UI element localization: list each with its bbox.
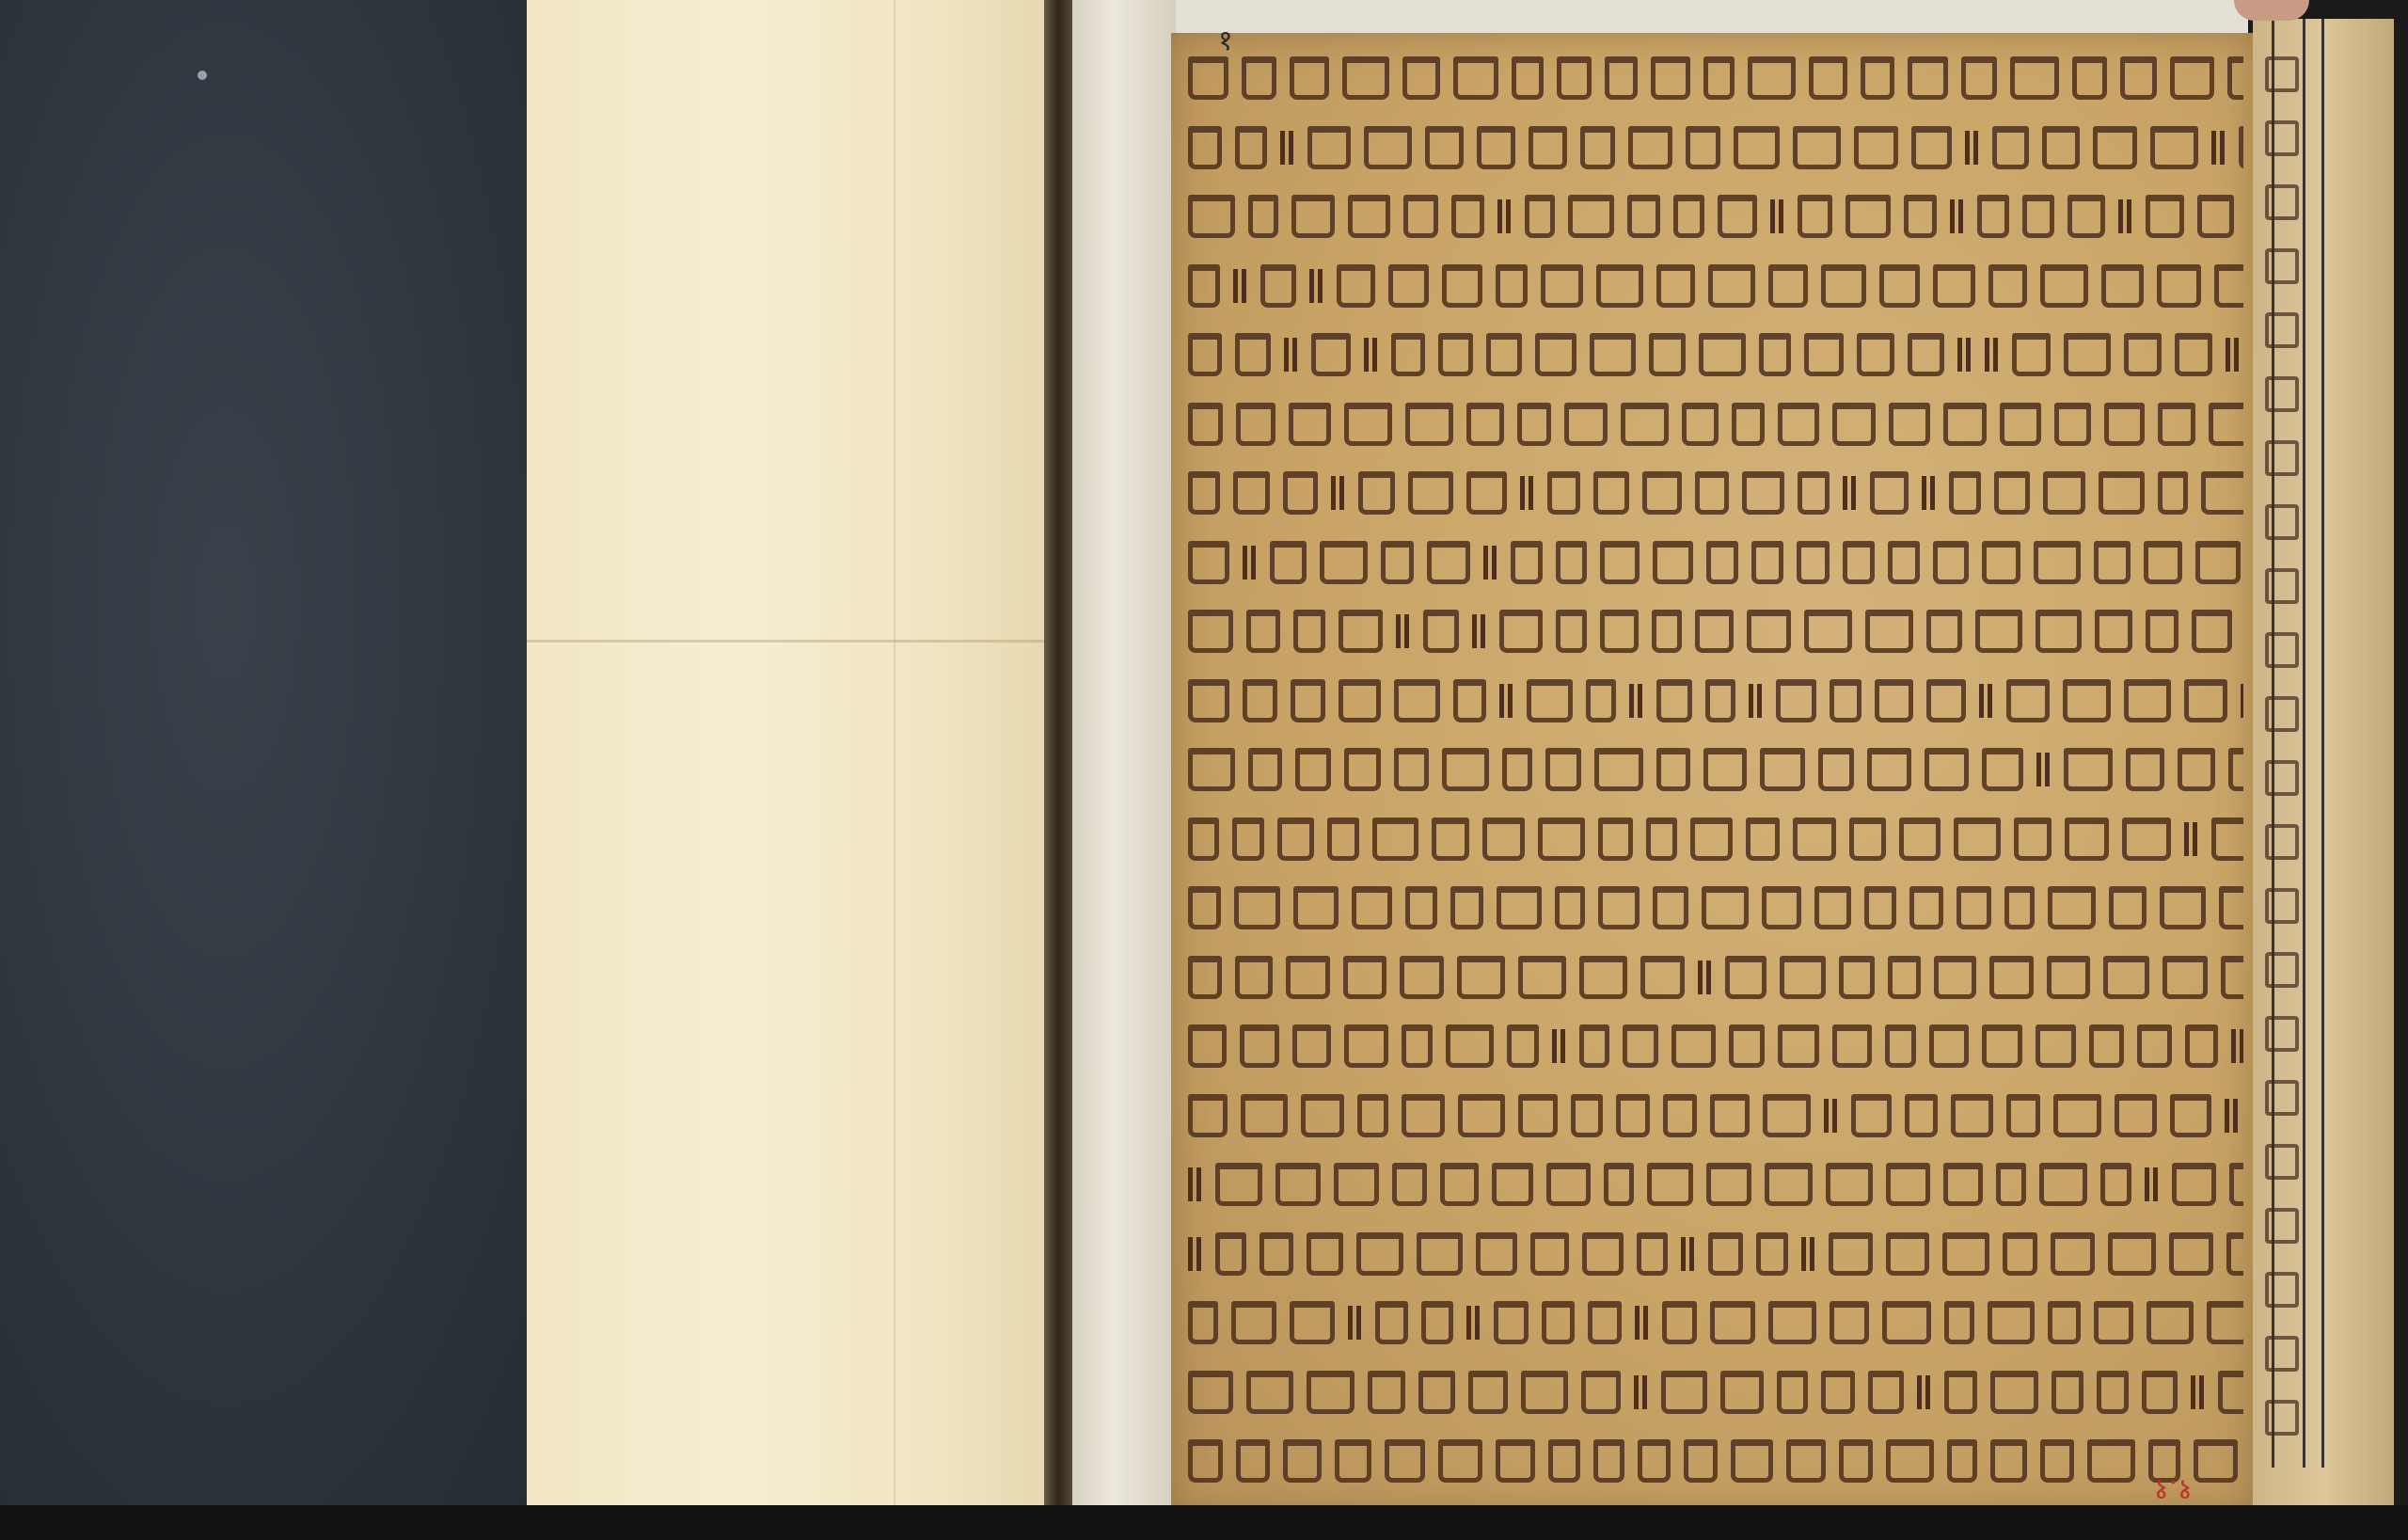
script-glyph (2195, 541, 2241, 584)
danda-mark (1917, 1375, 1922, 1409)
script-glyph (1408, 471, 1453, 515)
script-line (1188, 1232, 2243, 1276)
script-glyph (1494, 1301, 1529, 1344)
script-glyph (1642, 471, 1682, 515)
script-glyph (2120, 56, 2157, 100)
script-glyph (2194, 1439, 2238, 1483)
script-glyph (1934, 956, 1976, 999)
script-glyph (1702, 886, 1749, 929)
script-glyph (1466, 471, 1507, 515)
script-glyph (2160, 886, 2206, 929)
script-glyph (1829, 1232, 1873, 1276)
script-glyph (2146, 610, 2178, 653)
manuscript-folio: १ (1171, 33, 2253, 1515)
script-glyph (1649, 333, 1686, 376)
script-glyph (2169, 1232, 2213, 1276)
script-glyph (2228, 748, 2243, 791)
script-line (1188, 403, 2243, 446)
script-glyph (1525, 195, 1555, 238)
script-glyph (1756, 1232, 1788, 1276)
danda-mark (1188, 1237, 1193, 1271)
script-glyph (1951, 1094, 1993, 1137)
script-glyph (1311, 333, 1351, 376)
script-glyph (1656, 264, 1695, 308)
script-glyph (2218, 1371, 2243, 1414)
cloth-cover (0, 0, 564, 1505)
script-glyph (1725, 956, 1766, 999)
script-glyph (1356, 1232, 1403, 1276)
script-glyph (1188, 56, 1228, 100)
script-glyph (1344, 403, 1392, 446)
script-glyph (1695, 471, 1729, 515)
script-glyph (1507, 1024, 1539, 1068)
margin-glyph (2265, 312, 2299, 348)
book-gutter (1044, 0, 1072, 1540)
script-glyph (2100, 1163, 2131, 1206)
script-glyph (2109, 886, 2147, 929)
script-glyph (1423, 610, 1459, 653)
script-glyph (2048, 1301, 2081, 1344)
danda-mark (2226, 338, 2230, 372)
script-glyph (2040, 1439, 2074, 1483)
script-glyph (1944, 1371, 1977, 1414)
script-glyph (1232, 818, 1264, 861)
script-glyph (1307, 126, 1351, 169)
danda-mark (1824, 1099, 1829, 1133)
script-glyph (1780, 956, 1826, 999)
script-glyph (1746, 818, 1780, 861)
script-glyph (1453, 679, 1486, 722)
script-glyph (1621, 403, 1669, 446)
script-glyph (1215, 1232, 1246, 1276)
margin-glyph (2265, 120, 2299, 156)
script-glyph (1234, 886, 1280, 929)
script-glyph (1432, 818, 1469, 861)
script-glyph (2137, 1024, 2172, 1068)
danda-mark (1243, 546, 1247, 579)
script-glyph (1233, 471, 1270, 515)
script-glyph (1703, 748, 1747, 791)
margin-glyph (2265, 376, 2299, 412)
margin-glyph (2265, 1208, 2299, 1244)
script-glyph (1235, 956, 1273, 999)
script-glyph (1499, 610, 1543, 653)
margin-glyph (2265, 248, 2299, 284)
script-glyph (2175, 333, 2212, 376)
script-glyph (1466, 403, 1504, 446)
script-glyph (1821, 1371, 1855, 1414)
script-glyph (1502, 748, 1532, 791)
script-glyph (1926, 610, 1962, 653)
script-glyph (1763, 1094, 1811, 1137)
script-glyph (2094, 541, 2131, 584)
script-glyph (1888, 956, 1921, 999)
script-glyph (1961, 56, 1997, 100)
danda-mark (1843, 476, 1847, 510)
script-glyph (1686, 126, 1720, 169)
danda-mark (2211, 131, 2216, 165)
danda-mark (1348, 1306, 1353, 1340)
script-glyph (1593, 1439, 1624, 1483)
script-glyph (1982, 541, 2020, 584)
script-line (1188, 1094, 2243, 1137)
script-glyph (1259, 1232, 1293, 1276)
script-glyph (1990, 1371, 2038, 1414)
danda-mark (1396, 614, 1401, 648)
margin-rule (2272, 19, 2274, 1468)
danda-mark (1309, 269, 1314, 303)
script-glyph (2126, 748, 2164, 791)
script-glyph (1870, 471, 1909, 515)
script-glyph (1990, 1439, 2027, 1483)
script-glyph (1703, 56, 1735, 100)
script-glyph (1797, 541, 1830, 584)
script-glyph (1468, 1371, 1508, 1414)
script-glyph (1759, 333, 1791, 376)
script-glyph (1545, 748, 1581, 791)
script-glyph (1541, 264, 1583, 308)
margin-glyph (2265, 888, 2299, 924)
script-glyph (1768, 264, 1808, 308)
script-glyph (1768, 1301, 1816, 1344)
script-glyph (1277, 818, 1314, 861)
danda-mark (2184, 822, 2189, 856)
script-glyph (2108, 1232, 2156, 1276)
script-glyph (2158, 403, 2195, 446)
script-glyph (1357, 1094, 1388, 1137)
script-glyph (2170, 56, 2214, 100)
danda-mark (1284, 338, 1289, 372)
script-glyph (2034, 541, 2081, 584)
margin-glyph (2265, 440, 2299, 476)
script-glyph (1517, 403, 1551, 446)
spine-binding-strip (1072, 0, 1176, 1524)
script-glyph (1275, 1163, 1321, 1206)
script-glyph (1627, 195, 1660, 238)
script-glyph (1457, 956, 1505, 999)
danda-mark (1188, 1167, 1193, 1201)
script-glyph (1600, 541, 1640, 584)
script-glyph (1977, 195, 2009, 238)
script-glyph (1368, 1371, 1405, 1414)
script-glyph (1438, 333, 1473, 376)
script-glyph (2043, 471, 2085, 515)
script-glyph (1579, 956, 1627, 999)
script-glyph (1885, 1024, 1916, 1068)
script-glyph (1188, 956, 1222, 999)
script-glyph (1248, 195, 1278, 238)
script-glyph (1731, 1439, 1773, 1483)
script-line (1188, 1301, 2243, 1344)
script-glyph (1188, 471, 1220, 515)
script-glyph (2072, 56, 2107, 100)
script-glyph (1450, 886, 1483, 929)
script-glyph (1427, 541, 1470, 584)
script-glyph (1364, 126, 1412, 169)
script-glyph (1708, 1232, 1743, 1276)
margin-glyph (2265, 1272, 2299, 1308)
script-glyph (1339, 679, 1381, 722)
script-glyph (1548, 1439, 1580, 1483)
script-glyph (1405, 403, 1453, 446)
script-glyph (1947, 1439, 1977, 1483)
script-glyph (1943, 403, 1987, 446)
script-glyph (1568, 195, 1614, 238)
danda-mark (1698, 961, 1703, 994)
script-glyph (1818, 748, 1854, 791)
danda-mark (1965, 131, 1970, 165)
script-glyph (1307, 1371, 1354, 1414)
script-glyph (2103, 956, 2149, 999)
script-glyph (1527, 679, 1573, 722)
script-glyph (1243, 679, 1277, 722)
script-glyph (1849, 818, 1886, 861)
script-glyph (1529, 126, 1567, 169)
script-glyph (1530, 1232, 1569, 1276)
script-glyph (1188, 748, 1235, 791)
script-glyph (1623, 1024, 1658, 1068)
script-glyph (1949, 471, 1981, 515)
script-glyph (1301, 1094, 1344, 1137)
script-glyph (1868, 1371, 1904, 1414)
script-glyph (1339, 610, 1383, 653)
script-glyph (1442, 748, 1489, 791)
script-glyph (1933, 264, 1975, 308)
script-glyph (1188, 403, 1223, 446)
script-glyph (2170, 1094, 2211, 1137)
script-glyph (1776, 679, 1816, 722)
script-glyph (1661, 1371, 1707, 1414)
script-glyph (1846, 195, 1891, 238)
script-glyph (2004, 886, 2035, 929)
script-glyph (1854, 126, 1898, 169)
margin-glyph (2265, 1400, 2299, 1436)
script-glyph (1886, 1232, 1929, 1276)
script-glyph (2053, 1094, 2101, 1137)
script-glyph (1586, 679, 1616, 722)
script-glyph (1695, 610, 1734, 653)
script-glyph (1581, 1371, 1621, 1414)
holding-thumb (2234, 0, 2309, 21)
cover-speck (198, 71, 207, 80)
script-glyph (1291, 195, 1335, 238)
script-glyph (1751, 541, 1783, 584)
danda-mark (1635, 1306, 1640, 1340)
script-glyph (1188, 1371, 1233, 1414)
script-glyph (1888, 541, 1920, 584)
script-glyph (1556, 541, 1587, 584)
script-glyph (1241, 1094, 1288, 1137)
script-glyph (1943, 1163, 1983, 1206)
script-glyph (1518, 956, 1566, 999)
script-glyph (1616, 1094, 1650, 1137)
script-glyph (2014, 818, 2052, 861)
margin-glyph (2265, 632, 2299, 668)
script-glyph (1482, 818, 1525, 861)
script-glyph (1908, 56, 1948, 100)
script-glyph (1571, 1094, 1603, 1137)
script-glyph (1453, 56, 1498, 100)
script-glyph (2054, 403, 2091, 446)
script-glyph (1656, 748, 1690, 791)
script-glyph (1889, 403, 1930, 446)
margin-glyph (2265, 568, 2299, 604)
script-glyph (1926, 679, 1966, 722)
script-glyph (1647, 1163, 1693, 1206)
script-glyph (2006, 679, 2050, 722)
script-glyph (1851, 1094, 1892, 1137)
script-glyph (1188, 886, 1221, 929)
danda-mark (1466, 1306, 1471, 1340)
danda-mark (1364, 338, 1369, 372)
script-glyph (1307, 1232, 1343, 1276)
script-glyph (1295, 748, 1331, 791)
script-glyph (1747, 610, 1791, 653)
script-glyph (1814, 886, 1851, 929)
script-glyph (1335, 1439, 1371, 1483)
script-glyph (2022, 195, 2054, 238)
script-glyph (1944, 1301, 1974, 1344)
script-glyph (1911, 126, 1952, 169)
script-line (1188, 471, 2243, 515)
script-line (1188, 1163, 2243, 1206)
script-glyph (1760, 748, 1805, 791)
script-glyph (1798, 471, 1830, 515)
script-glyph (1580, 126, 1615, 169)
danda-mark (1749, 684, 1753, 718)
script-glyph (1236, 1439, 1270, 1483)
script-glyph (1821, 264, 1866, 308)
script-glyph (1804, 333, 1844, 376)
script-glyph (1705, 679, 1735, 722)
script-glyph (1662, 1301, 1697, 1344)
margin-glyph (2265, 1144, 2299, 1180)
script-glyph (1236, 403, 1275, 446)
script-glyph (1671, 1024, 1716, 1068)
script-glyph (1988, 264, 2027, 308)
script-glyph (2087, 1439, 2135, 1483)
script-glyph (1188, 1439, 1223, 1483)
script-glyph (2094, 1301, 2133, 1344)
script-glyph (1417, 1232, 1463, 1276)
script-glyph (1982, 748, 2023, 791)
script-glyph (1270, 541, 1307, 584)
script-glyph (1942, 1232, 1989, 1276)
script-glyph (1637, 1232, 1668, 1276)
script-glyph (2162, 956, 2208, 999)
script-glyph (2207, 1301, 2243, 1344)
script-glyph (1720, 1371, 1764, 1414)
danda-mark (1499, 684, 1504, 718)
script-glyph (1598, 886, 1640, 929)
script-glyph (2039, 1163, 2087, 1206)
script-glyph (1734, 126, 1780, 169)
script-glyph (1777, 1371, 1808, 1414)
script-glyph (2142, 1371, 2178, 1414)
script-glyph (1293, 886, 1339, 929)
script-glyph (1538, 818, 1585, 861)
script-glyph (1546, 1163, 1591, 1206)
script-glyph (2093, 126, 2137, 169)
script-glyph (1653, 541, 1693, 584)
script-line (1188, 264, 2243, 308)
script-glyph (1954, 818, 2001, 861)
script-glyph (1476, 1232, 1517, 1276)
script-line (1188, 610, 2243, 653)
script-glyph (1826, 1163, 1873, 1206)
script-glyph (1646, 818, 1677, 861)
script-glyph (1732, 403, 1765, 446)
danda-mark (2241, 684, 2243, 718)
danda-mark (1801, 1237, 1806, 1271)
script-glyph (1542, 1301, 1575, 1344)
script-glyph (1248, 748, 1282, 791)
danda-mark (1770, 199, 1775, 233)
script-glyph (2104, 403, 2145, 446)
script-glyph (1830, 679, 1861, 722)
script-glyph (1663, 1094, 1697, 1137)
script-glyph (1405, 886, 1437, 929)
script-glyph (1861, 56, 1894, 100)
script-glyph (2012, 333, 2051, 376)
script-glyph (1283, 471, 1318, 515)
script-glyph (1291, 679, 1325, 722)
script-glyph (1882, 1301, 1931, 1344)
script-glyph (2239, 126, 2243, 169)
script-glyph (1188, 1094, 1228, 1137)
margin-glyph (2265, 1336, 2299, 1372)
script-glyph (1982, 1024, 2022, 1068)
script-glyph (1438, 1439, 1482, 1483)
script-glyph (1996, 1163, 2026, 1206)
script-glyph (1628, 126, 1672, 169)
script-glyph (1400, 956, 1444, 999)
blank-flyleaf (527, 0, 1053, 1515)
script-glyph (2226, 1232, 2243, 1276)
script-glyph (1344, 748, 1381, 791)
script-glyph (1188, 818, 1219, 861)
danda-mark (1979, 684, 1984, 718)
script-glyph (2124, 333, 2162, 376)
script-glyph (1547, 471, 1580, 515)
script-glyph (1778, 1024, 1819, 1068)
danda-mark (1497, 199, 1502, 233)
script-glyph (1293, 610, 1325, 653)
script-glyph (1786, 1439, 1826, 1483)
script-glyph (1865, 610, 1913, 653)
script-glyph (1402, 1094, 1445, 1137)
script-glyph (1235, 126, 1267, 169)
script-line (1188, 886, 2243, 929)
script-glyph (1653, 886, 1688, 929)
script-glyph (2000, 403, 2041, 446)
script-glyph (1343, 956, 1386, 999)
script-glyph (1442, 264, 1482, 308)
script-glyph (2052, 1371, 2083, 1414)
script-glyph (1594, 748, 1643, 791)
script-glyph (1710, 1301, 1755, 1344)
script-glyph (1579, 1024, 1609, 1068)
script-line (1188, 541, 2243, 584)
script-line (1188, 195, 2243, 238)
script-glyph (1188, 1024, 1227, 1068)
script-glyph (1451, 195, 1484, 238)
script-glyph (2006, 1094, 2040, 1137)
script-glyph (1598, 818, 1633, 861)
script-glyph (1486, 333, 1522, 376)
script-line (1188, 56, 2243, 100)
script-glyph (1638, 1439, 1671, 1483)
